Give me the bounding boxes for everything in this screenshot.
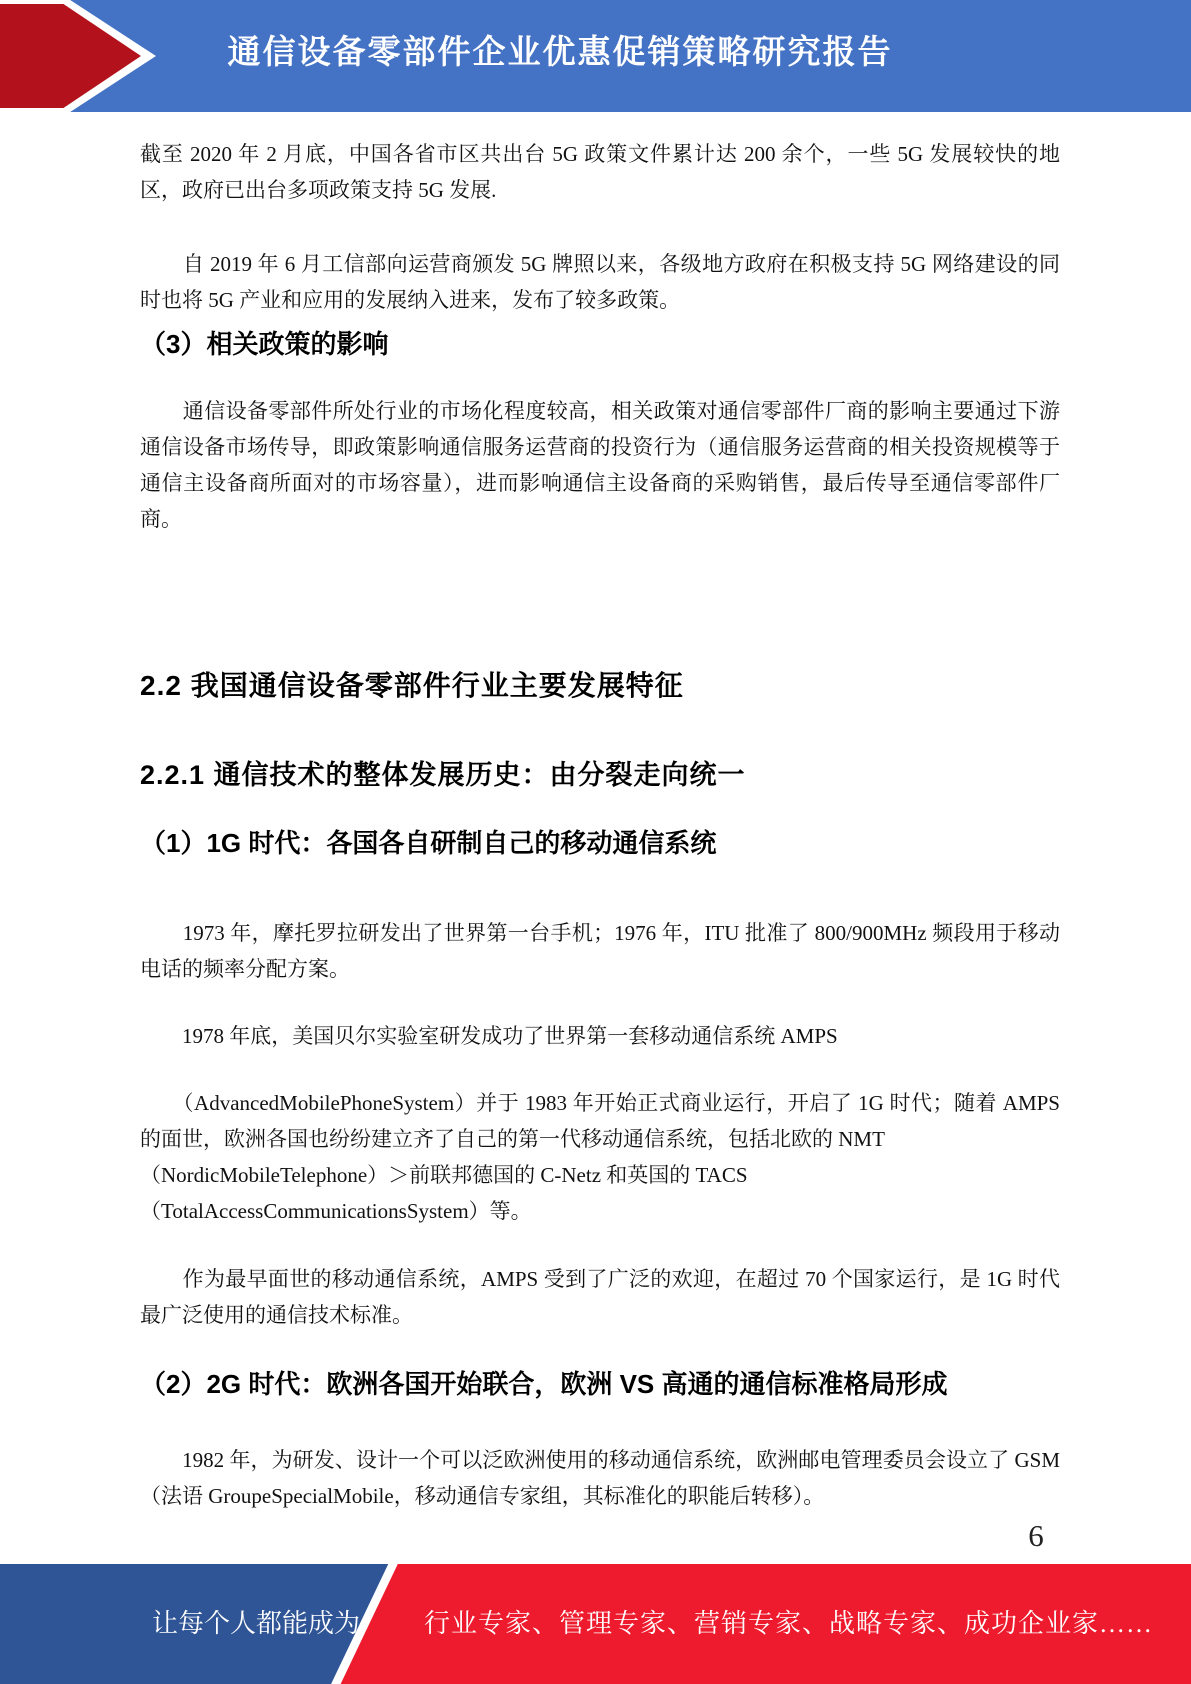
section-heading: （2）2G 时代：欧洲各国开始联合，欧洲 VS 高通的通信标准格局形成 [140,1364,1060,1404]
paragraph: 自 2019 年 6 月工信部向运营商颁发 5G 牌照以来，各级地方政府在积极支… [140,246,1060,318]
text-line: 的面世，欧洲各国也纷纷建立齐了自己的第一代移动通信系统，包括北欧的 NMT [140,1121,1060,1157]
text-line: 最广泛使用的通信技术标准。 [140,1297,1060,1333]
paragraph: 1973 年，摩托罗拉研发出了世界第一台手机；1976 年，ITU 批准了 80… [140,915,1060,987]
text-line: （NordicMobileTelephone）＞前联邦德国的 C-Netz 和英… [140,1157,1060,1193]
section-heading: 2.2 我国通信设备零部件行业主要发展特征 [140,665,1060,707]
text-line: （法语 GroupeSpecialMobile，移动通信专家组，其标准化的职能后… [140,1478,1060,1514]
text-line: 自 2019 年 6 月工信部向运营商颁发 5G 牌照以来，各级地方政府在积极支… [140,246,1060,282]
document-page: 通信设备零部件企业优惠促销策略研究报告 截至 2020 年 2 月底，中国各省市… [0,0,1191,1684]
text-line: （2）2G 时代：欧洲各国开始联合，欧洲 VS 高通的通信标准格局形成 [140,1364,1060,1404]
text-line: 区，政府已出台多项政策支持 5G 发展. [140,172,1060,208]
text-line: 作为最早面世的移动通信系统，AMPS 受到了广泛的欢迎，在超过 70 个国家运行… [140,1261,1060,1297]
text-line: 截至 2020 年 2 月底，中国各省市区共出台 5G 政策文件累计达 200 … [140,136,1060,172]
text-line: 通信主设备商所面对的市场容量），进而影响通信主设备商的采购销售，最后传导至通信零… [140,465,1060,501]
text-line: （AdvancedMobilePhoneSystem）并于 1983 年开始正式… [140,1085,1060,1121]
section-heading: 2.2.1 通信技术的整体发展历史：由分裂走向统一 [140,755,1060,795]
paragraph: 作为最早面世的移动通信系统，AMPS 受到了广泛的欢迎，在超过 70 个国家运行… [140,1261,1060,1333]
page-number: 6 [1016,1516,1056,1556]
paragraph: （AdvancedMobilePhoneSystem）并于 1983 年开始正式… [140,1085,1060,1229]
text-line: （3）相关政策的影响 [140,324,1060,364]
footer-slogan-right: 行业专家、管理专家、营销专家、战略专家、成功企业家…… [424,1606,1153,1642]
text-line: 通信设备市场传导，即政策影响通信服务运营商的投资行为（通信服务运营商的相关投资规… [140,429,1060,465]
text-line: 通信设备零部件所处行业的市场化程度较高，相关政策对通信零部件厂商的影响主要通过下… [140,393,1060,429]
text-line: （TotalAccessCommunicationsSystem）等。 [140,1193,1060,1229]
text-line: （1）1G 时代：各国各自研制自己的移动通信系统 [140,823,1060,863]
text-line: 1982 年，为研发、设计一个可以泛欧洲使用的移动通信系统，欧洲邮电管理委员会设… [140,1442,1060,1478]
paragraph: 通信设备零部件所处行业的市场化程度较高，相关政策对通信零部件厂商的影响主要通过下… [140,393,1060,537]
paragraph: 截至 2020 年 2 月底，中国各省市区共出台 5G 政策文件累计达 200 … [140,136,1060,208]
text-line: 2.2 我国通信设备零部件行业主要发展特征 [140,665,1060,707]
report-header-banner: 通信设备零部件企业优惠促销策略研究报告 [0,0,1191,112]
paragraph: 1978 年底，美国贝尔实验室研发成功了世界第一套移动通信系统 AMPS [140,1018,1060,1054]
footer-banner: 让每个人都能成为 行业专家、管理专家、营销专家、战略专家、成功企业家…… [0,1564,1191,1684]
text-line: 1973 年，摩托罗拉研发出了世界第一台手机；1976 年，ITU 批准了 80… [140,915,1060,951]
text-line: 时也将 5G 产业和应用的发展纳入进来，发布了较多政策。 [140,282,1060,318]
text-line: 1978 年底，美国贝尔实验室研发成功了世界第一套移动通信系统 AMPS [140,1018,1060,1054]
footer-slogan-left: 让每个人都能成为 [152,1606,360,1642]
text-line: 电话的频率分配方案。 [140,951,1060,987]
section-heading: （1）1G 时代：各国各自研制自己的移动通信系统 [140,823,1060,863]
report-title: 通信设备零部件企业优惠促销策略研究报告 [0,26,1120,73]
paragraph: 1982 年，为研发、设计一个可以泛欧洲使用的移动通信系统，欧洲邮电管理委员会设… [140,1442,1060,1514]
section-heading: （3）相关政策的影响 [140,324,1060,364]
text-line: 商。 [140,501,1060,537]
text-line: 2.2.1 通信技术的整体发展历史：由分裂走向统一 [140,755,1060,795]
